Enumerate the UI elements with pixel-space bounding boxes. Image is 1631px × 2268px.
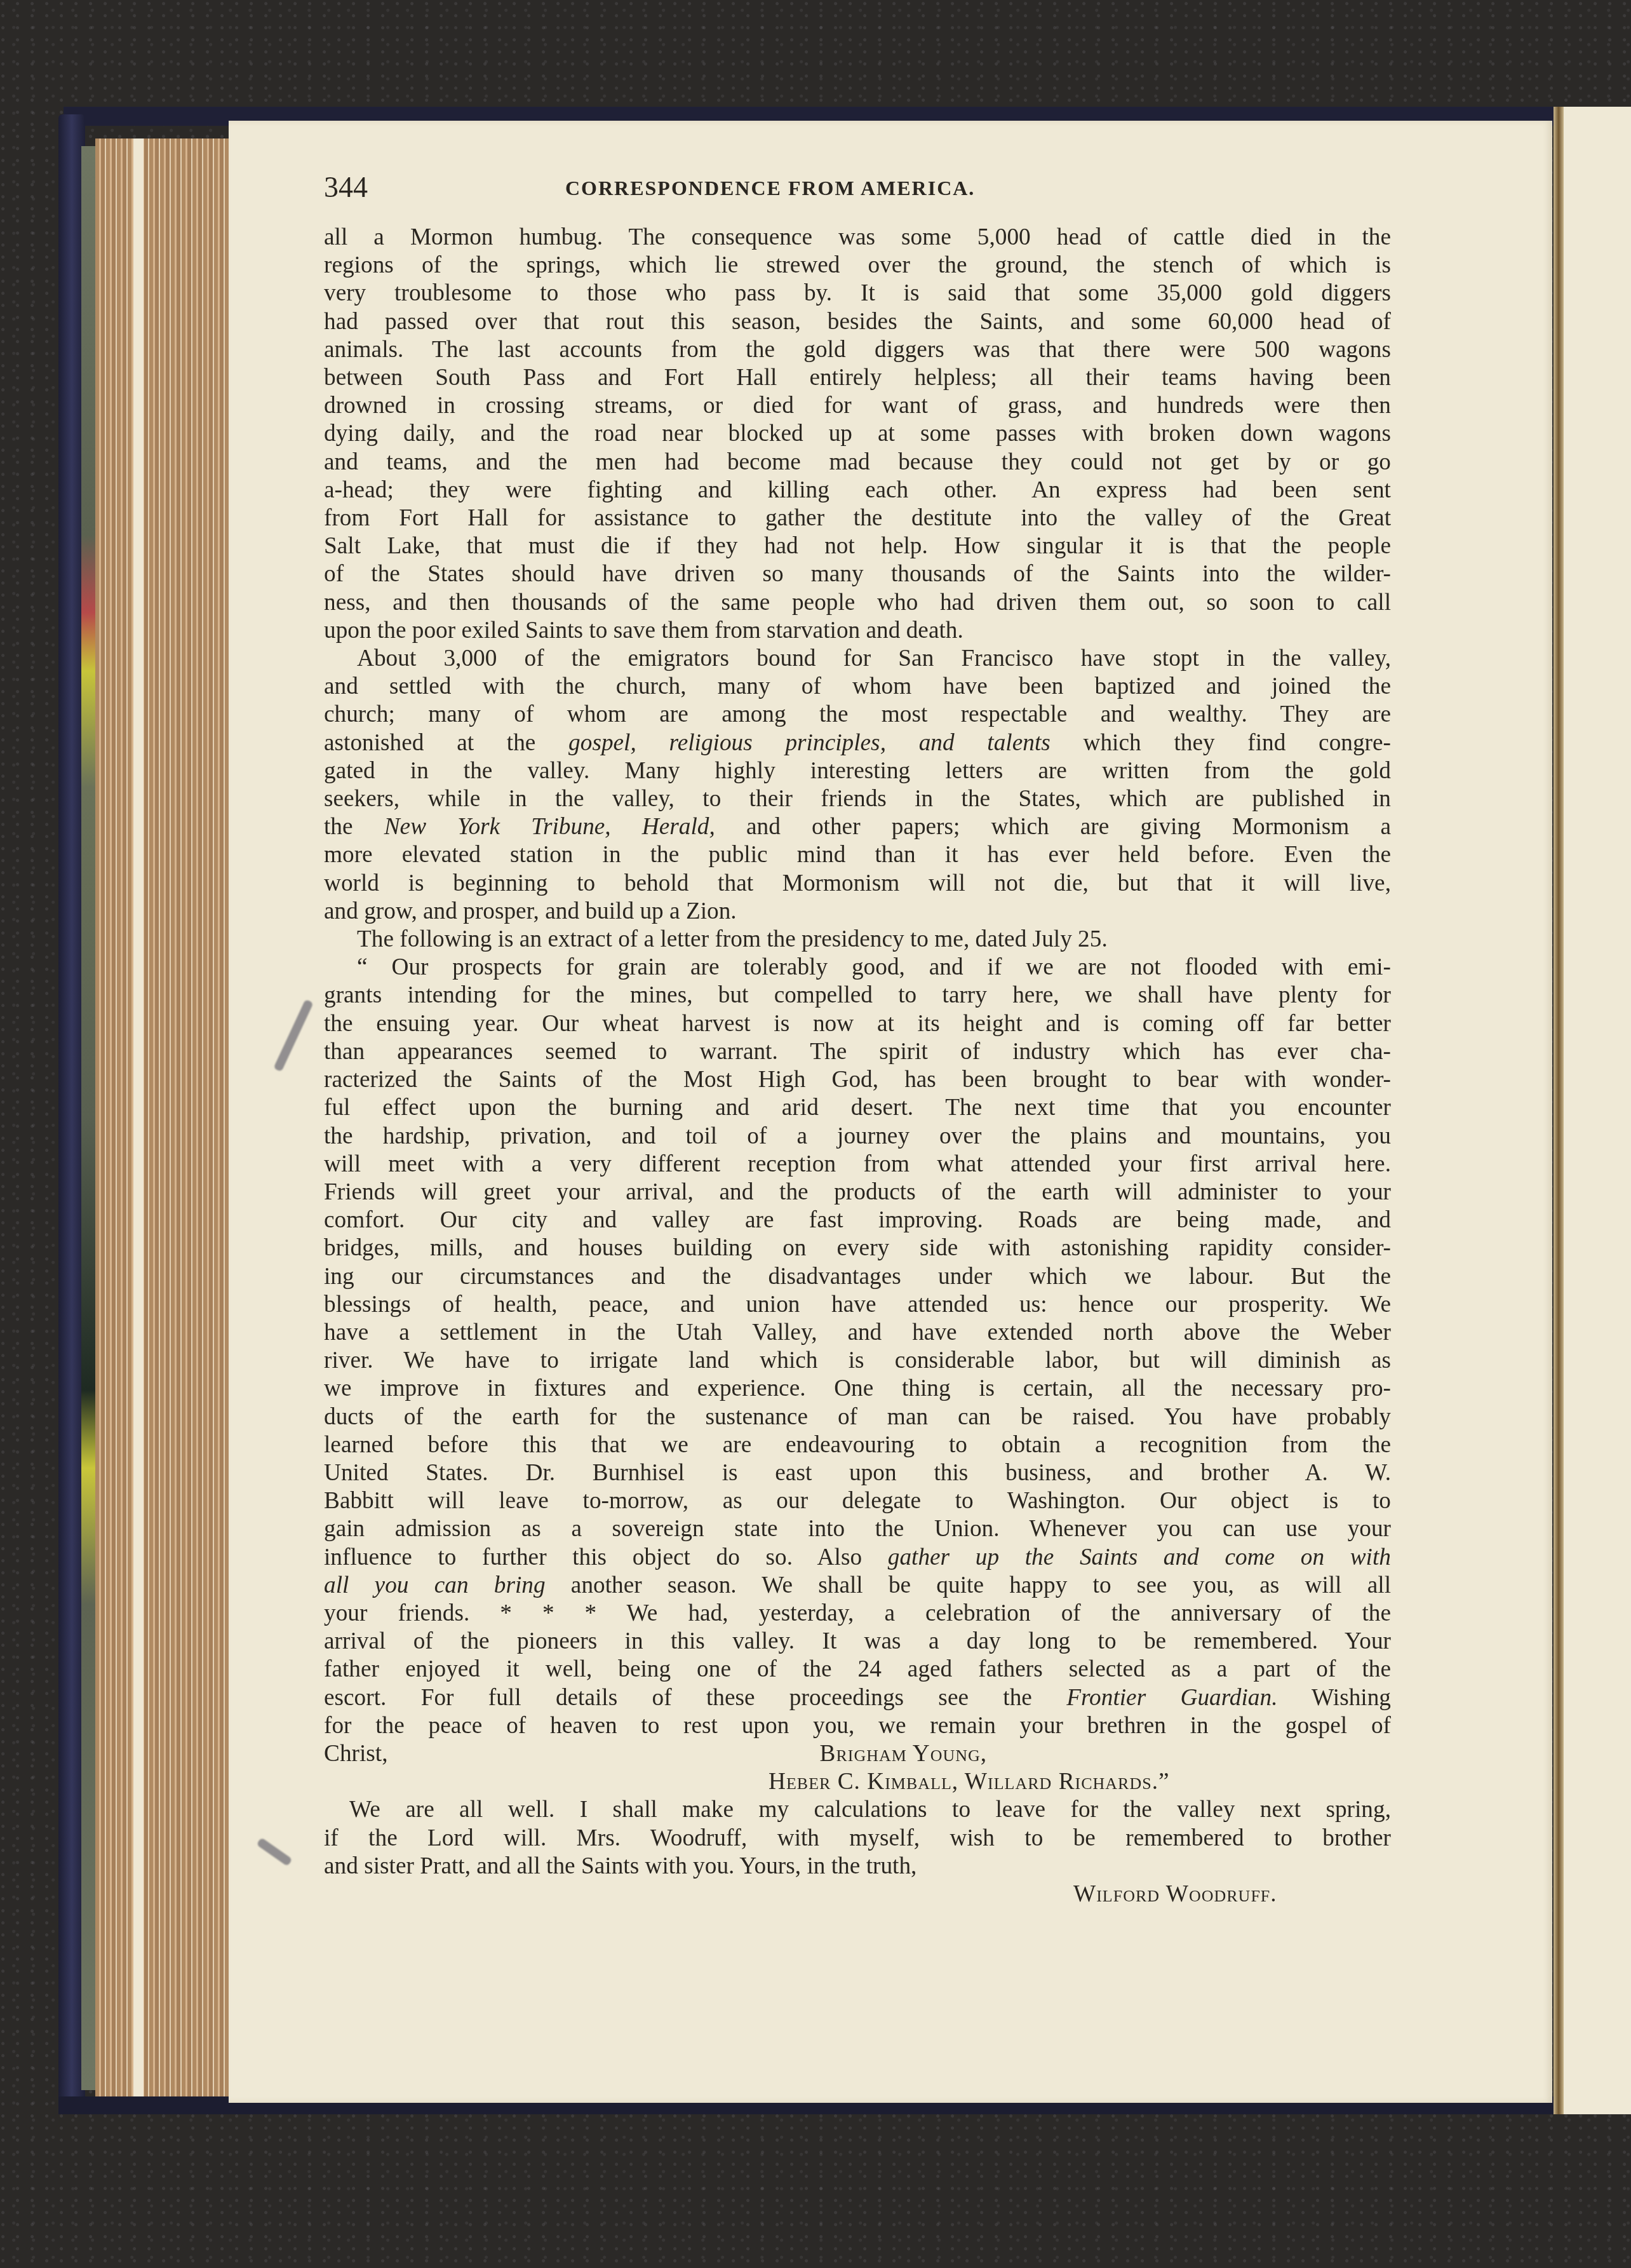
text-line: ness, and then thousands of the same peo… xyxy=(324,589,1391,617)
paragraph-1: all a Mormon humbug. The consequence was… xyxy=(324,224,1391,645)
text-line: comfort. Our city and valley are fast im… xyxy=(324,1206,1391,1234)
paragraph-3: The following is an extract of a letter … xyxy=(324,926,1391,954)
text-run: escort. For full details of these procee… xyxy=(324,1685,1066,1711)
text-line: and teams, and the men had become mad be… xyxy=(324,449,1391,476)
italic-text: gospel, religious principles, and talent… xyxy=(568,730,1050,756)
text-line: from Fort Hall for assistance to gather … xyxy=(324,504,1391,532)
italic-text: all you can bring xyxy=(324,1572,546,1598)
text-line: upon the poor exiled Saints to save them… xyxy=(324,617,1391,645)
page-edge-gap xyxy=(133,138,144,2098)
text-run: Wishing xyxy=(1277,1685,1391,1711)
text-line: river. We have to irrigate land which is… xyxy=(324,1347,1391,1375)
signature-wilford-woodruff: Wilford Woodruff. xyxy=(324,1880,1391,1908)
text-line: will meet with a very different receptio… xyxy=(324,1151,1391,1178)
text-line: “ Our prospects for grain are tolerably … xyxy=(324,954,1391,982)
text-run: and other papers; which are giving Mormo… xyxy=(715,814,1391,840)
paragraph-4: We are all well. I shall make my calcula… xyxy=(324,1796,1391,1908)
text-line: dying daily, and the road near blocked u… xyxy=(324,420,1391,448)
text-line: the ensuing year. Our wheat harvest is n… xyxy=(324,1010,1391,1038)
text-line: influence to further this object do so. … xyxy=(324,1544,1391,1572)
text-line: for the peace of heaven to rest upon you… xyxy=(324,1712,1391,1740)
text-line: Babbitt will leave to-morrow, as our del… xyxy=(324,1487,1391,1515)
text-line: gated in the valley. Many highly interes… xyxy=(324,757,1391,785)
signer-brigham-young: Brigham Young, xyxy=(820,1741,988,1767)
text-line: and grow, and prosper, and build up a Zi… xyxy=(324,898,1391,926)
text-line: and settled with the church, many of who… xyxy=(324,673,1391,701)
text-line: ducts of the earth for the sustenance of… xyxy=(324,1403,1391,1431)
page-body: all a Mormon humbug. The consequence was… xyxy=(324,224,1391,1908)
text-line: escort. For full details of these procee… xyxy=(324,1684,1391,1712)
text-line: the hardship, privation, and toil of a j… xyxy=(324,1123,1391,1151)
text-line: Salt Lake, that must die if they had not… xyxy=(324,532,1391,560)
page-number: 344 xyxy=(324,170,368,204)
text-line: drowned in crossing streams, or died for… xyxy=(324,392,1391,420)
text-line: racterized the Saints of the Most High G… xyxy=(324,1066,1391,1094)
text-line: than appearances seemed to warrant. The … xyxy=(324,1038,1391,1066)
signer-kimball-richards: Heber C. Kimball, Willard Richards.” xyxy=(324,1768,1391,1796)
text-line: We are all well. I shall make my calcula… xyxy=(324,1796,1391,1824)
text-line: learned before this that we are endeavou… xyxy=(324,1431,1391,1459)
text-line: church; many of whom are among the most … xyxy=(324,701,1391,729)
text-line: between South Pass and Fort Hall entirel… xyxy=(324,364,1391,392)
text-line: world is beginning to behold that Mormon… xyxy=(324,870,1391,898)
book-page-right-edge xyxy=(1564,107,1631,2114)
text-line: The following is an extract of a letter … xyxy=(324,926,1391,954)
text-line: all you can bring another season. We sha… xyxy=(324,1572,1391,1600)
text-line: seekers, while in the valley, to their f… xyxy=(324,785,1391,813)
text-line: more elevated station in the public mind… xyxy=(324,841,1391,869)
letter-closing: Christ, xyxy=(324,1741,388,1767)
italic-text: Frontier Guardian. xyxy=(1066,1685,1277,1711)
page-block-edges xyxy=(95,138,235,2098)
book-gutter xyxy=(1554,107,1564,2114)
text-line: blessings of health, peace, and union ha… xyxy=(324,1291,1391,1319)
text-line: all a Mormon humbug. The consequence was… xyxy=(324,224,1391,252)
text-line: ful effect upon the burning and arid des… xyxy=(324,1094,1391,1122)
text-line: had passed over that rout this season, b… xyxy=(324,308,1391,336)
text-line: father enjoyed it well, being one of the… xyxy=(324,1656,1391,1684)
italic-text: gather up the Saints and come on with xyxy=(888,1544,1391,1570)
text-line: bridges, mills, and houses building on e… xyxy=(324,1234,1391,1262)
letter-closing-line: Christ,Brigham Young, xyxy=(324,1740,1391,1768)
text-line: and sister Pratt, and all the Saints wit… xyxy=(324,1853,1391,1880)
text-line: regions of the springs, which lie strewe… xyxy=(324,252,1391,280)
text-line: United States. Dr. Burnhisel is east upo… xyxy=(324,1459,1391,1487)
text-line: Friends will greet your arrival, and the… xyxy=(324,1178,1391,1206)
text-line: of the States should have driven so many… xyxy=(324,560,1391,588)
text-line: grants intending for the mines, but comp… xyxy=(324,982,1391,1009)
text-line: ing our circumstances and the disadvanta… xyxy=(324,1263,1391,1291)
text-line: we improve in fixtures and experience. O… xyxy=(324,1375,1391,1403)
text-run: the xyxy=(324,814,384,840)
text-run: which they find congre- xyxy=(1050,730,1391,756)
text-line: your friends. * * * We had, yesterday, a… xyxy=(324,1600,1391,1628)
text-line: a-head; they were fighting and killing e… xyxy=(324,476,1391,504)
running-head-title: CORRESPONDENCE FROM AMERICA. xyxy=(565,177,975,200)
text-run: influence to further this object do so. … xyxy=(324,1544,888,1570)
text-line: astonished at the gospel, religious prin… xyxy=(324,729,1391,757)
text-line: animals. The last accounts from the gold… xyxy=(324,336,1391,364)
text-line: arrival of the pioneers in this valley. … xyxy=(324,1628,1391,1656)
text-line: very troublesome to those who pass by. I… xyxy=(324,280,1391,307)
quoted-letter: “ Our prospects for grain are tolerably … xyxy=(324,954,1391,1796)
text-line: if the Lord will. Mrs. Woodruff, with my… xyxy=(324,1825,1391,1853)
text-run: another season. We shall be quite happy … xyxy=(546,1572,1391,1598)
paragraph-2: About 3,000 of the emigrators bound for … xyxy=(324,645,1391,926)
italic-text: New York Tribune, Herald, xyxy=(384,814,715,840)
text-line: gain admission as a sovereign state into… xyxy=(324,1515,1391,1543)
text-run: astonished at the xyxy=(324,730,568,756)
text-line: About 3,000 of the emigrators bound for … xyxy=(324,645,1391,673)
running-head: 344 CORRESPONDENCE FROM AMERICA. xyxy=(324,170,1391,208)
text-line: the New York Tribune, Herald, and other … xyxy=(324,813,1391,841)
text-line: have a settlement in the Utah Valley, an… xyxy=(324,1319,1391,1347)
